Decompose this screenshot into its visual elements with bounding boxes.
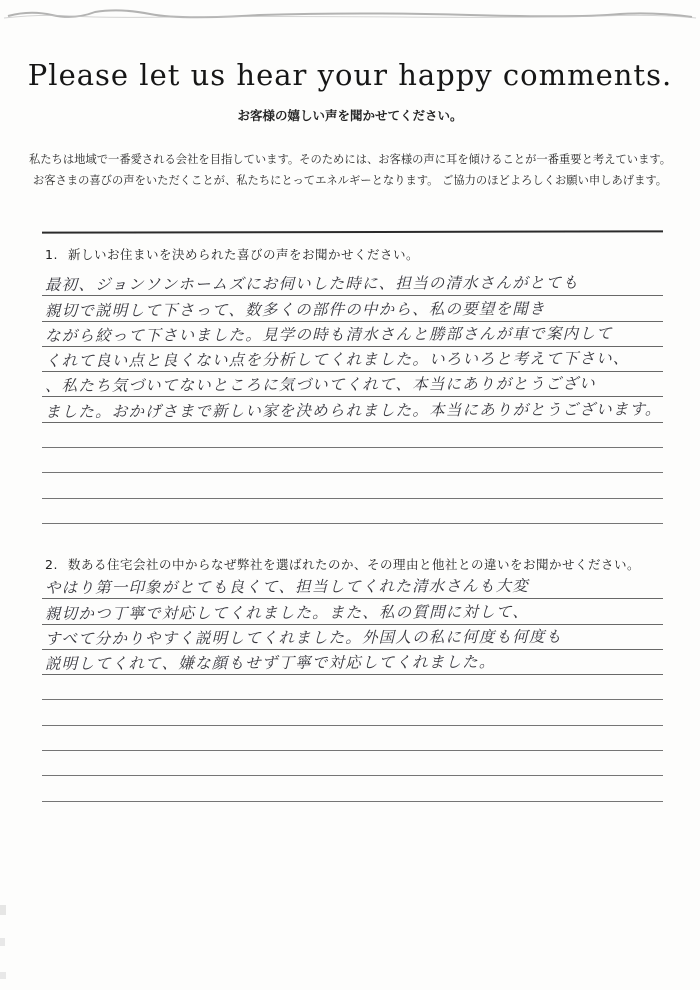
question-1-number: 1. (45, 247, 58, 262)
scan-artifact (0, 972, 6, 979)
handwritten-text: 親切で説明して下さって、数多くの部件の中から、私の要望を聞き (45, 296, 546, 320)
answer-line: すべて分かりやすく説明してくれました。外国人の私に何度も何度も (42, 625, 663, 650)
answer-line: 親切かつ丁寧で対応してくれました。また、私の質問に対して、 (42, 599, 663, 624)
answer-line: やはり第一印象がとても良くて、担当してくれた清水さんも大変 (42, 574, 663, 599)
handwritten-text: くれて良い点と良くない点を分析してくれました。いろいろと考えて下さい、 (45, 347, 630, 372)
question-2-number: 2. (45, 557, 58, 572)
empty-ruled-line (42, 726, 663, 751)
intro-line-1: 私たちは地域で一番愛される会社を目指しています。そのためには、お客様の声に耳を傾… (0, 149, 700, 170)
answer-line: 親切で説明して下さって、数多くの部件の中から、私の要望を聞き (42, 296, 663, 321)
answer-line: ました。おかげさまで新しい家を決められました。本当にありがとうございます。 (42, 397, 663, 422)
handwritten-text: やはり第一印象がとても良くて、担当してくれた清水さんも大変 (45, 574, 529, 598)
question-2-label: 2.数ある住宅会社の中からなぜ弊社を選ばれたのか、その理由と他社との違いをお聞か… (45, 555, 640, 573)
empty-ruled-line (42, 473, 663, 498)
empty-ruled-line (42, 423, 663, 448)
question-2-text: 数ある住宅会社の中からなぜ弊社を選ばれたのか、その理由と他社との違いをお聞かせく… (68, 557, 640, 572)
question-1-answer-area: 最初、ジョンソンホームズにお伺いした時に、担当の清水さんがとても 親切で説明して… (42, 271, 663, 524)
question-1-text: 新しいお住まいを決められた喜びの声をお聞かせください。 (68, 247, 419, 262)
page-subtitle: お客様の嬉しい声を聞かせてください。 (0, 106, 700, 124)
empty-ruled-line (42, 675, 663, 700)
empty-ruled-line (42, 499, 663, 524)
question-2-answer-area: やはり第一印象がとても良くて、担当してくれた清水さんも大変 親切かつ丁寧で対応し… (42, 574, 663, 802)
answer-line: ながら絞って下さいました。見学の時も清水さんと勝部さんが車で案内して (42, 322, 663, 347)
handwritten-text: ました。おかげさまで新しい家を決められました。本当にありがとうございます。 (45, 397, 662, 422)
page-title: Please let us hear your happy comments. (0, 58, 700, 92)
question-1-label: 1.新しいお住まいを決められた喜びの声をお聞かせください。 (45, 245, 419, 263)
intro-paragraph: 私たちは地域で一番愛される会社を目指しています。そのためには、お客様の声に耳を傾… (0, 149, 700, 191)
handwritten-text: ながら絞って下さいました。見学の時も清水さんと勝部さんが車で案内して (45, 321, 613, 345)
empty-ruled-line (42, 776, 663, 801)
handwritten-text: 最初、ジョンソンホームズにお伺いした時に、担当の清水さんがとても (45, 271, 579, 295)
handwritten-text: 説明してくれて、嫌な顔もせず丁寧で対応してくれました。 (45, 650, 496, 674)
answer-line: 説明してくれて、嫌な顔もせず丁寧で対応してくれました。 (42, 650, 663, 675)
scan-artifact (0, 938, 5, 946)
section-separator-line (42, 230, 663, 233)
empty-ruled-line (42, 751, 663, 776)
scan-artifact (0, 905, 6, 915)
answer-line: 最初、ジョンソンホームズにお伺いした時に、担当の清水さんがとても (42, 271, 663, 296)
scan-torn-edge (0, 0, 700, 30)
handwritten-text: 親切かつ丁寧で対応してくれました。また、私の質問に対して、 (45, 599, 529, 623)
empty-ruled-line (42, 448, 663, 473)
answer-line: 、私たち気づいてないところに気づいてくれて、本当にありがとうござい (42, 372, 663, 397)
scanned-questionnaire-page: Please let us hear your happy comments. … (0, 0, 700, 990)
handwritten-text: 、私たち気づいてないところに気づいてくれて、本当にありがとうござい (45, 372, 596, 396)
empty-ruled-line (42, 700, 663, 725)
answer-line: くれて良い点と良くない点を分析してくれました。いろいろと考えて下さい、 (42, 347, 663, 372)
handwritten-text: すべて分かりやすく説明してくれました。外国人の私に何度も何度も (45, 625, 562, 649)
intro-line-2: お客さまの喜びの声をいただくことが、私たちにとってエネルギーとなります。 ご協力… (0, 170, 700, 191)
